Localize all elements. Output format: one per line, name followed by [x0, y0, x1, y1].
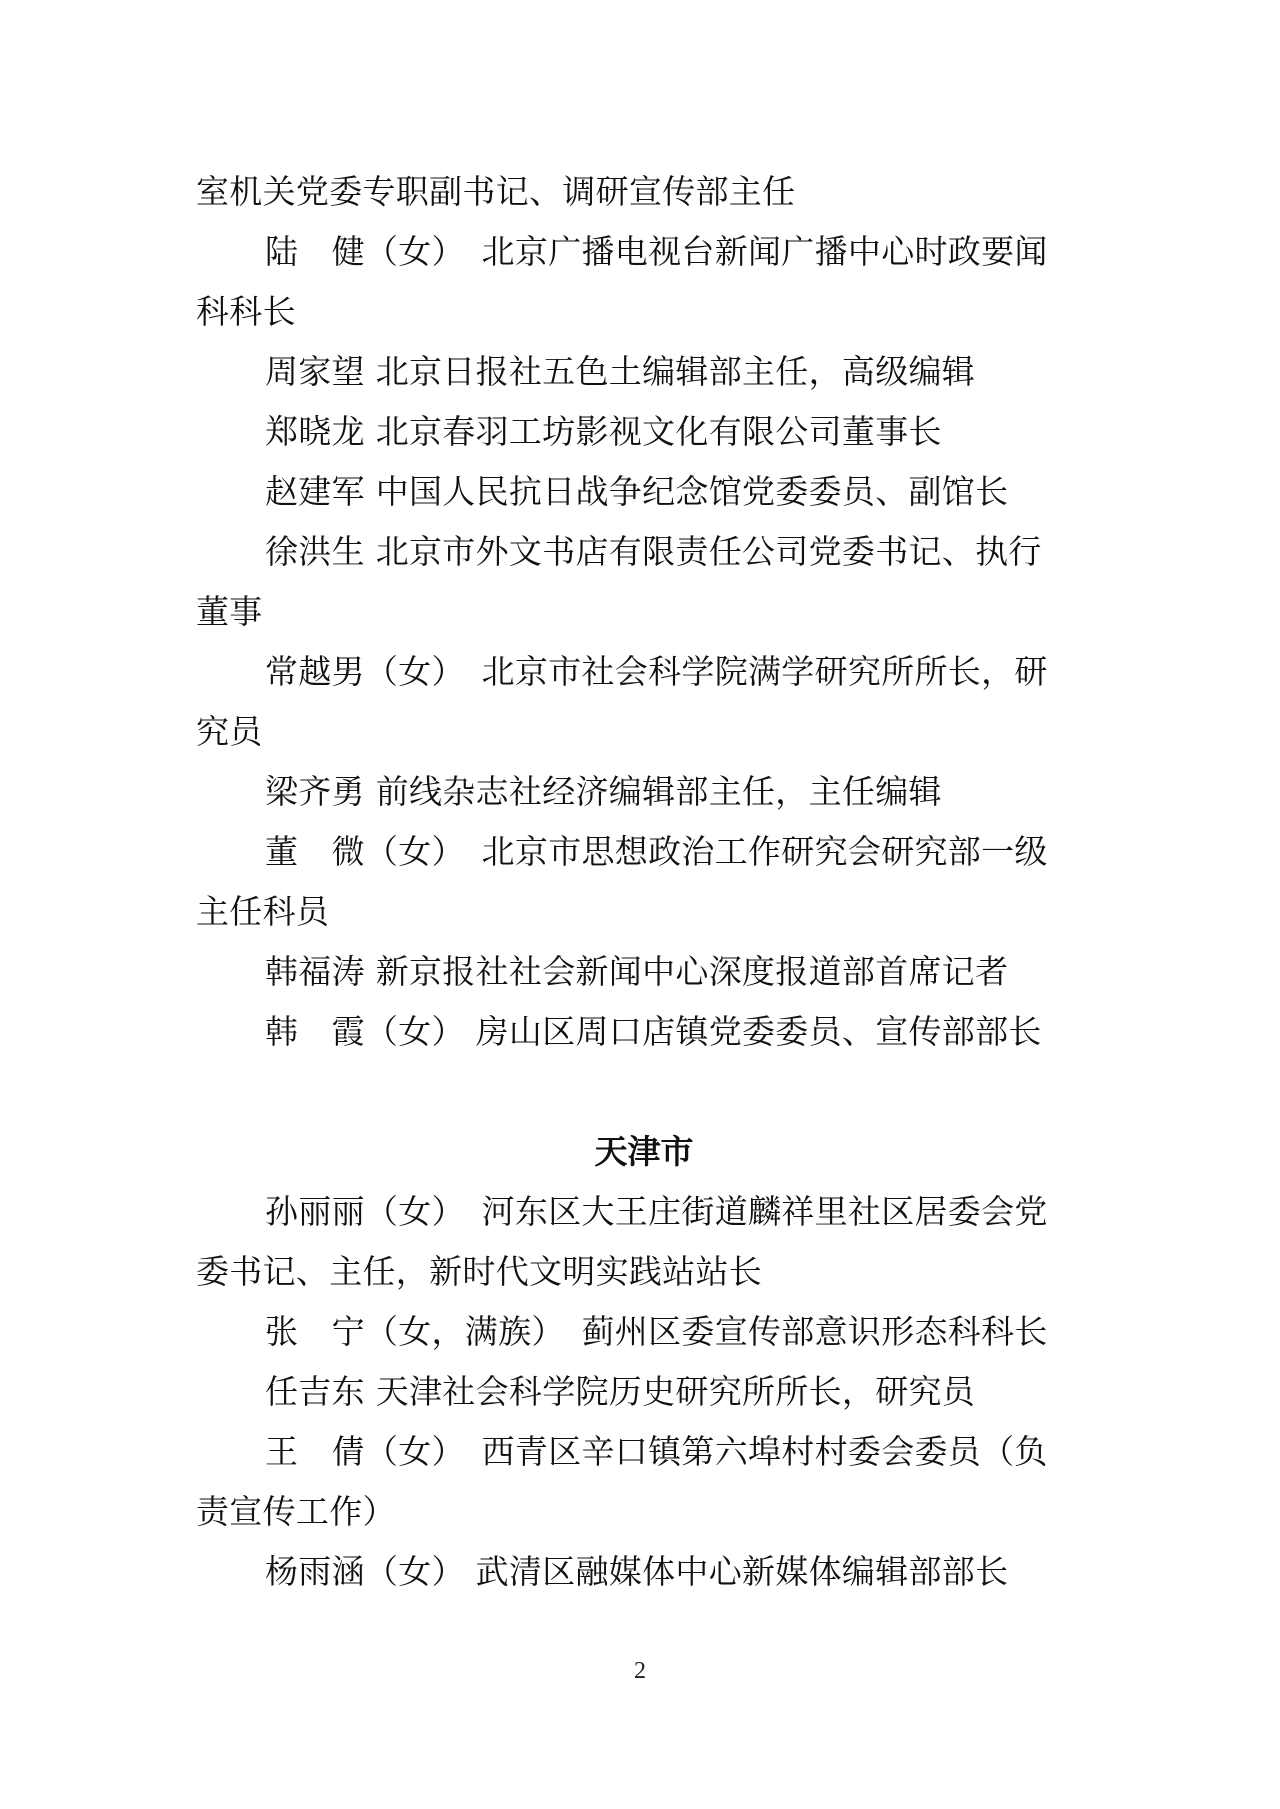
- list-line-continuation: 科科长: [196, 291, 1092, 351]
- section-spacer: [196, 1071, 1092, 1131]
- list-line-continuation: 究员: [196, 711, 1092, 771]
- member-list: 室机关党委专职副书记、调研宣传部主任 陆 健（女） 北京广播电视台新闻广播中心时…: [196, 171, 1092, 1611]
- list-entry: 任吉东 天津社会科学院历史研究所所长，研究员: [196, 1371, 1092, 1431]
- list-entry: 徐洪生 北京市外文书店有限责任公司党委书记、执行: [196, 531, 1092, 591]
- list-line-continuation: 责宣传工作）: [196, 1491, 1092, 1551]
- list-entry: 杨雨涵（女） 武清区融媒体中心新媒体编辑部部长: [196, 1551, 1092, 1611]
- list-entry: 郑晓龙 北京春羽工坊影视文化有限公司董事长: [196, 411, 1092, 471]
- list-line-continuation: 董事: [196, 591, 1092, 651]
- list-entry: 梁齐勇 前线杂志社经济编辑部主任，主任编辑: [196, 771, 1092, 831]
- list-entry: 韩福涛 新京报社社会新闻中心深度报道部首席记者: [196, 951, 1092, 1011]
- section-heading-tianjin: 天津市: [196, 1131, 1092, 1191]
- document-page: 室机关党委专职副书记、调研宣传部主任 陆 健（女） 北京广播电视台新闻广播中心时…: [0, 0, 1280, 1809]
- list-entry: 常越男（女） 北京市社会科学院满学研究所所长，研: [196, 651, 1092, 711]
- list-line-continuation: 委书记、主任，新时代文明实践站站长: [196, 1251, 1092, 1311]
- list-entry: 陆 健（女） 北京广播电视台新闻广播中心时政要闻: [196, 231, 1092, 291]
- list-entry: 王 倩（女） 西青区辛口镇第六埠村村委会委员（负: [196, 1431, 1092, 1491]
- list-entry: 赵建军 中国人民抗日战争纪念馆党委委员、副馆长: [196, 471, 1092, 531]
- list-entry: 韩 霞（女） 房山区周口店镇党委委员、宣传部部长: [196, 1011, 1092, 1071]
- list-line-continuation: 主任科员: [196, 891, 1092, 951]
- page-number: 2: [0, 1658, 1280, 1685]
- list-line-continuation: 室机关党委专职副书记、调研宣传部主任: [196, 171, 1092, 231]
- list-entry: 张 宁（女，满族） 蓟州区委宣传部意识形态科科长: [196, 1311, 1092, 1371]
- list-entry: 董 微（女） 北京市思想政治工作研究会研究部一级: [196, 831, 1092, 891]
- list-entry: 周家望 北京日报社五色土编辑部主任，高级编辑: [196, 351, 1092, 411]
- list-entry: 孙丽丽（女） 河东区大王庄街道麟祥里社区居委会党: [196, 1191, 1092, 1251]
